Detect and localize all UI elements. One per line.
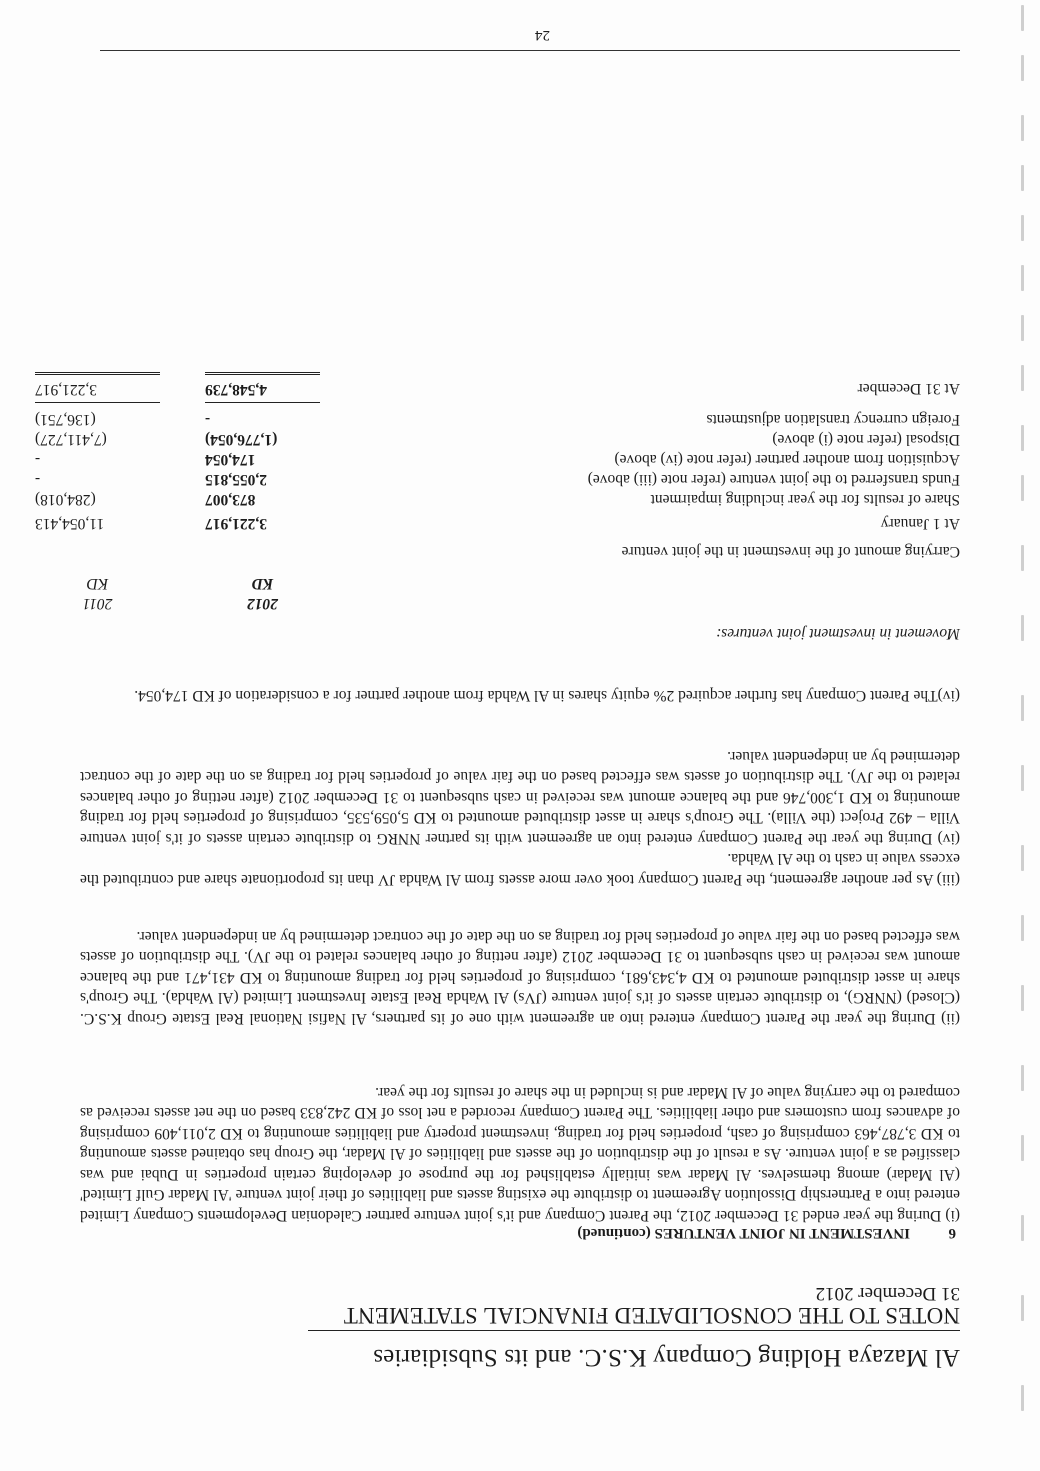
total-2011: 3,221,917: [35, 372, 160, 403]
binding-mark: [1021, 1065, 1024, 1091]
value-2011: (7,411,727): [35, 429, 160, 449]
note-paragraph-iv: (iv) During the year the Parent Company …: [80, 746, 960, 849]
document-page: Al Mazaya Holding Company K.S.C. and its…: [0, 0, 1040, 1471]
table-row: Funds transferred to the joint venture (…: [100, 469, 960, 489]
binding-mark: [1021, 365, 1024, 391]
column-year-2011: 2011: [35, 593, 160, 613]
row-label: Funds transferred to the joint venture (…: [588, 469, 960, 489]
footer-divider: [100, 50, 960, 51]
movement-heading: Movement in investment joint ventures:: [716, 624, 960, 642]
table-header-unit: KD KD: [100, 573, 960, 593]
table-heading-row: Carrying amount of the investment in the…: [100, 541, 960, 561]
note-paragraph-iv-acquisition: (iv)The Parent Company has further acqui…: [80, 685, 960, 706]
binding-mark: [1021, 165, 1024, 191]
row-label: Share of results for the year including …: [651, 489, 960, 509]
column-unit-2011: KD: [35, 573, 160, 593]
total-label: At 31 December: [858, 378, 960, 398]
movement-table: 2012 2011 KD KD Carrying amount of the i…: [100, 371, 960, 613]
table-body: At 1 January 3,221,917 11,054,413 Share …: [100, 409, 960, 533]
row-label: Carrying amount of the investment in the…: [622, 541, 960, 561]
table-row: At 1 January 3,221,917 11,054,413: [100, 513, 960, 533]
note-paragraph-iii: (iii) As per another agreement, the Pare…: [80, 848, 960, 889]
table-row: Acquisition from another partner (refer …: [100, 449, 960, 469]
column-unit-2012: KD: [205, 573, 320, 593]
company-name: Al Mazaya Holding Company K.S.C. and its…: [373, 1343, 960, 1371]
binding-mark: [1021, 915, 1024, 941]
table-header-year: 2012 2011: [100, 593, 960, 613]
notes-title: NOTES TO THE CONSOLIDATED FINANCIAL STAT…: [308, 1302, 960, 1331]
binding-mark: [1021, 1215, 1024, 1241]
row-label: Foreign currency translation adjustments: [706, 409, 960, 429]
value-2011: 11,054,413: [35, 513, 160, 533]
section-title: INVESTMENT IN JOINT VENTURES (continued): [577, 1224, 910, 1241]
binding-mark: [1021, 765, 1024, 791]
binding-mark: [1021, 1135, 1024, 1161]
binding-mark: [1021, 115, 1024, 141]
value-2011: (284,018): [35, 489, 160, 509]
row-label: Acquisition from another partner (refer …: [614, 449, 960, 469]
section-number: 6: [949, 1224, 957, 1241]
binding-mark: [1021, 315, 1024, 341]
binding-mark: [1021, 1295, 1024, 1321]
value-2011: (136,751): [35, 409, 160, 429]
total-2012: 4,548,739: [205, 372, 320, 403]
binding-mark: [1021, 215, 1024, 241]
note-paragraph-ii: (ii) During the year the Parent Company …: [80, 926, 960, 1029]
value-2012: -: [205, 409, 320, 429]
note-paragraph-i: (i) During the year ended 31 December 20…: [80, 1082, 960, 1226]
value-2012: (1,776,054): [205, 429, 320, 449]
value-2012: 873,007: [205, 489, 320, 509]
value-2012: 2,055,815: [205, 469, 320, 489]
table-row: Disposal (refer note (i) above) (1,776,0…: [100, 429, 960, 449]
binding-mark: [1021, 5, 1024, 31]
table-row: Share of results for the year including …: [100, 489, 960, 509]
binding-mark: [1021, 265, 1024, 291]
binding-mark: [1021, 425, 1024, 451]
statement-date: 31 December 2012: [815, 1282, 960, 1304]
binding-mark: [1021, 695, 1024, 721]
value-2012: 3,221,917: [205, 513, 320, 533]
binding-mark: [1021, 55, 1024, 81]
value-2011: -: [35, 449, 160, 469]
binding-mark: [1021, 475, 1024, 501]
table-row: Foreign currency translation adjustments…: [100, 409, 960, 429]
row-label: Disposal (refer note (i) above): [772, 429, 960, 449]
binding-mark: [1021, 615, 1024, 641]
table-total-row: At 31 December 4,548,739 3,221,917: [100, 371, 960, 403]
column-year-2012: 2012: [205, 593, 320, 613]
binding-mark: [1021, 845, 1024, 871]
value-2011: -: [35, 469, 160, 489]
binding-mark: [1021, 1385, 1024, 1411]
row-label: At 1 January: [881, 513, 960, 533]
page-number: 24: [535, 26, 550, 43]
value-2012: 174,054: [205, 449, 320, 469]
binding-mark: [1021, 545, 1024, 571]
binding-mark: [1021, 985, 1024, 1011]
